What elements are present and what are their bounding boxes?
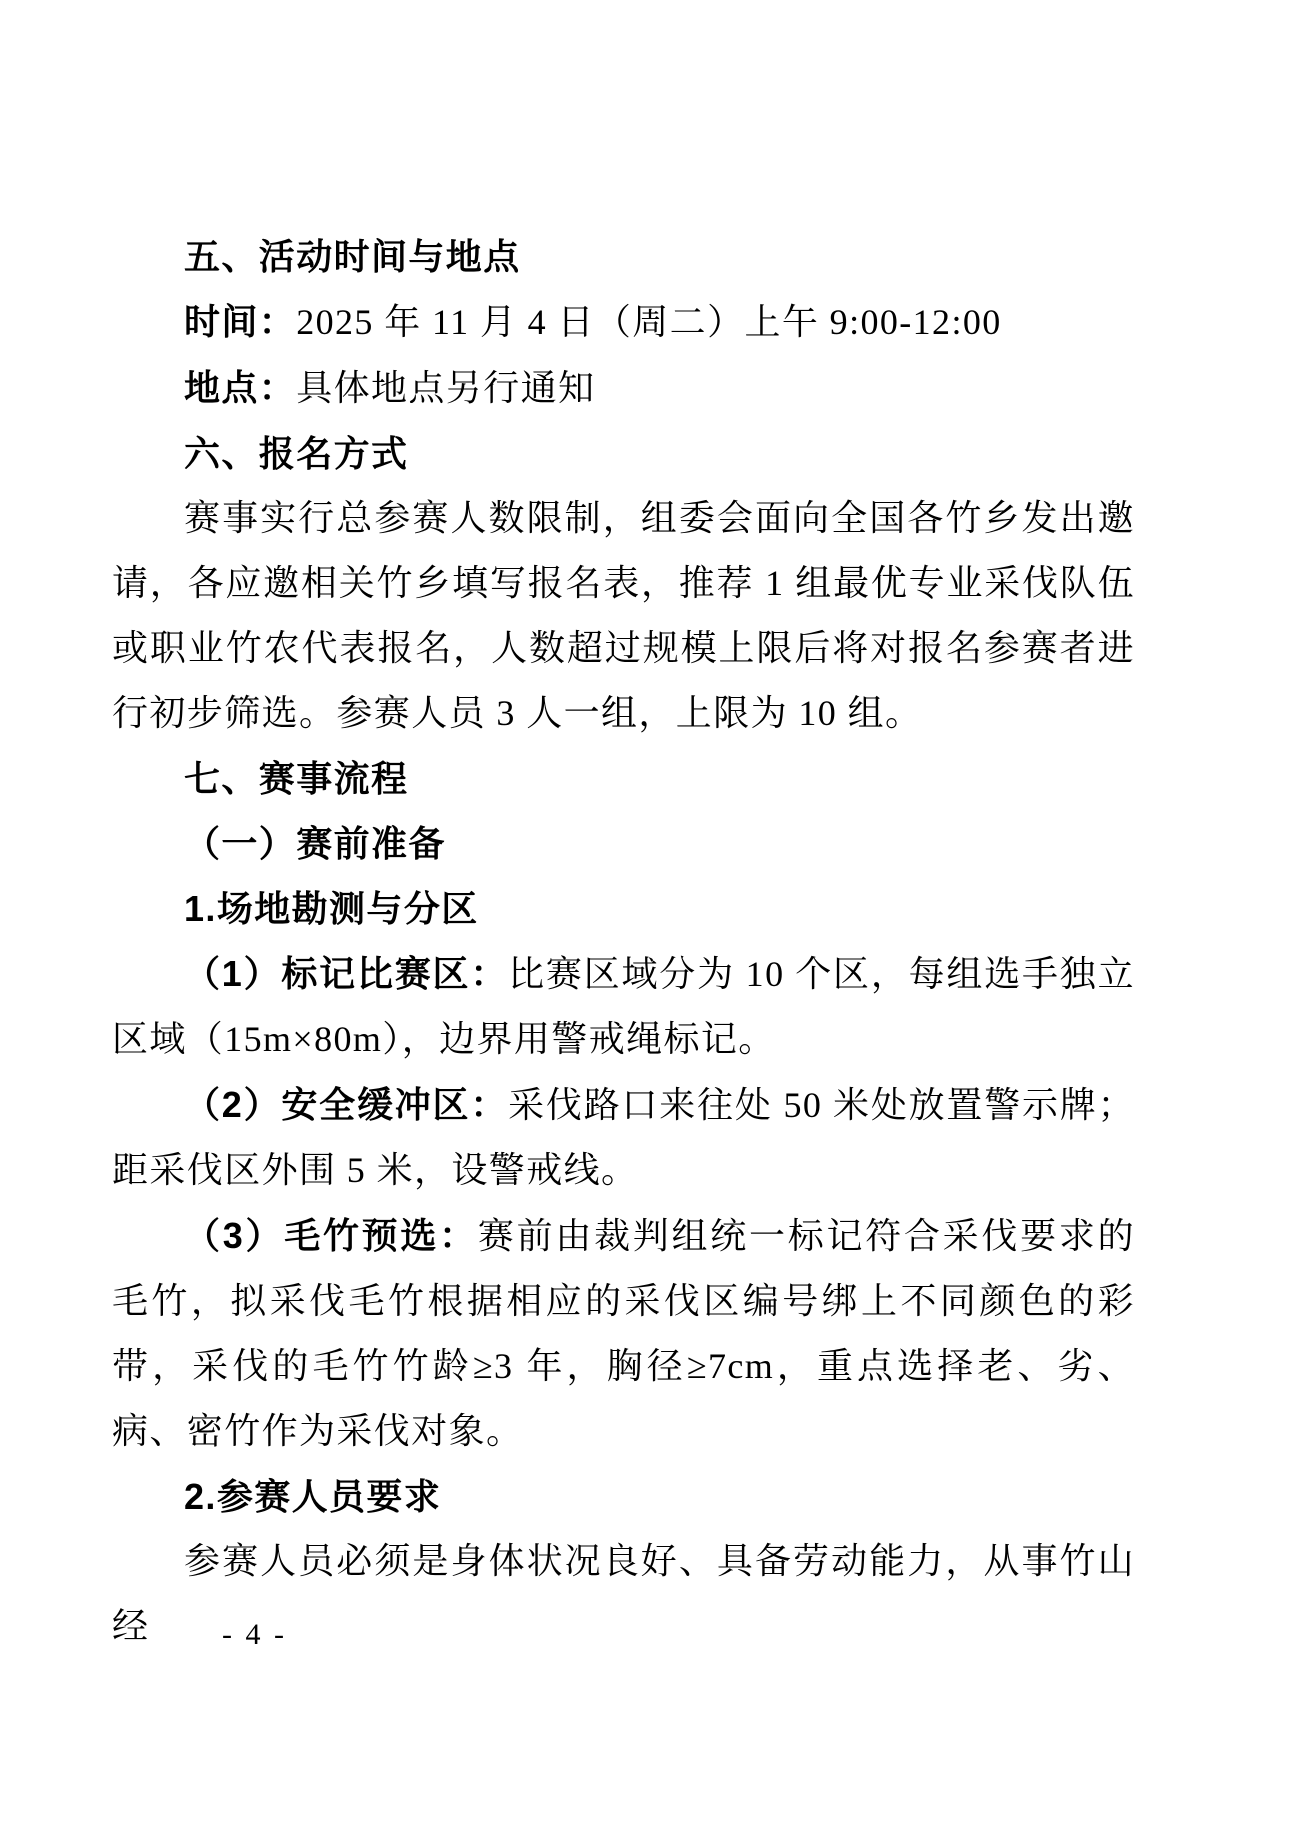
paragraph-text-place: 具体地点另行通知 (296, 368, 595, 408)
paragraph-label-buffer-zone: （2）安全缓冲区： (184, 1084, 508, 1125)
section-heading-registration: 六、报名方式 (112, 421, 1135, 486)
paragraph-label-mark-zone: （1）标记比赛区： (184, 953, 508, 994)
paragraph-registration: 赛事实行总参赛人数限制，组委会面向全国各竹乡发出邀请，各应邀相关竹乡填写报名表，… (112, 486, 1135, 746)
page-number: - 4 - (222, 1618, 287, 1652)
paragraph-time: 时间：2025 年 11 月 4 日（周二）上午 9:00-12:00 (112, 289, 1135, 355)
section-heading-process: 七、赛事流程 (112, 746, 1135, 811)
subsection-heading-participant-requirements: 2.参赛人员要求 (112, 1464, 1135, 1529)
paragraph-buffer-zone: （2）安全缓冲区：采伐路口来往处 50 米处放置警示牌；距采伐区外围 5 米，设… (112, 1072, 1135, 1203)
paragraph-place: 地点：具体地点另行通知 (112, 355, 1135, 421)
section-heading-time-place: 五、活动时间与地点 (112, 224, 1135, 289)
document-body: 五、活动时间与地点 时间：2025 年 11 月 4 日（周二）上午 9:00-… (112, 224, 1135, 1659)
paragraph-label-place: 地点： (184, 367, 296, 408)
paragraph-text-registration: 赛事实行总参赛人数限制，组委会面向全国各竹乡发出邀请，各应邀相关竹乡填写报名表，… (112, 498, 1135, 733)
paragraph-label-time: 时间： (184, 301, 296, 342)
subsection-heading-preparation: （一）赛前准备 (112, 811, 1135, 876)
paragraph-text-time: 2025 年 11 月 4 日（周二）上午 9:00-12:00 (296, 302, 1001, 342)
paragraph-bamboo-preselect: （3）毛竹预选：赛前由裁判组统一标记符合采伐要求的毛竹，拟采伐毛竹根据相应的采伐… (112, 1203, 1135, 1464)
document-page: 五、活动时间与地点 时间：2025 年 11 月 4 日（周二）上午 9:00-… (0, 0, 1303, 1844)
subsection-heading-site-survey: 1.场地勘测与分区 (112, 876, 1135, 941)
paragraph-label-bamboo-preselect: （3）毛竹预选： (184, 1215, 478, 1256)
paragraph-mark-zone: （1）标记比赛区：比赛区域分为 10 个区，每组选手独立区域（15m×80m），… (112, 941, 1135, 1072)
